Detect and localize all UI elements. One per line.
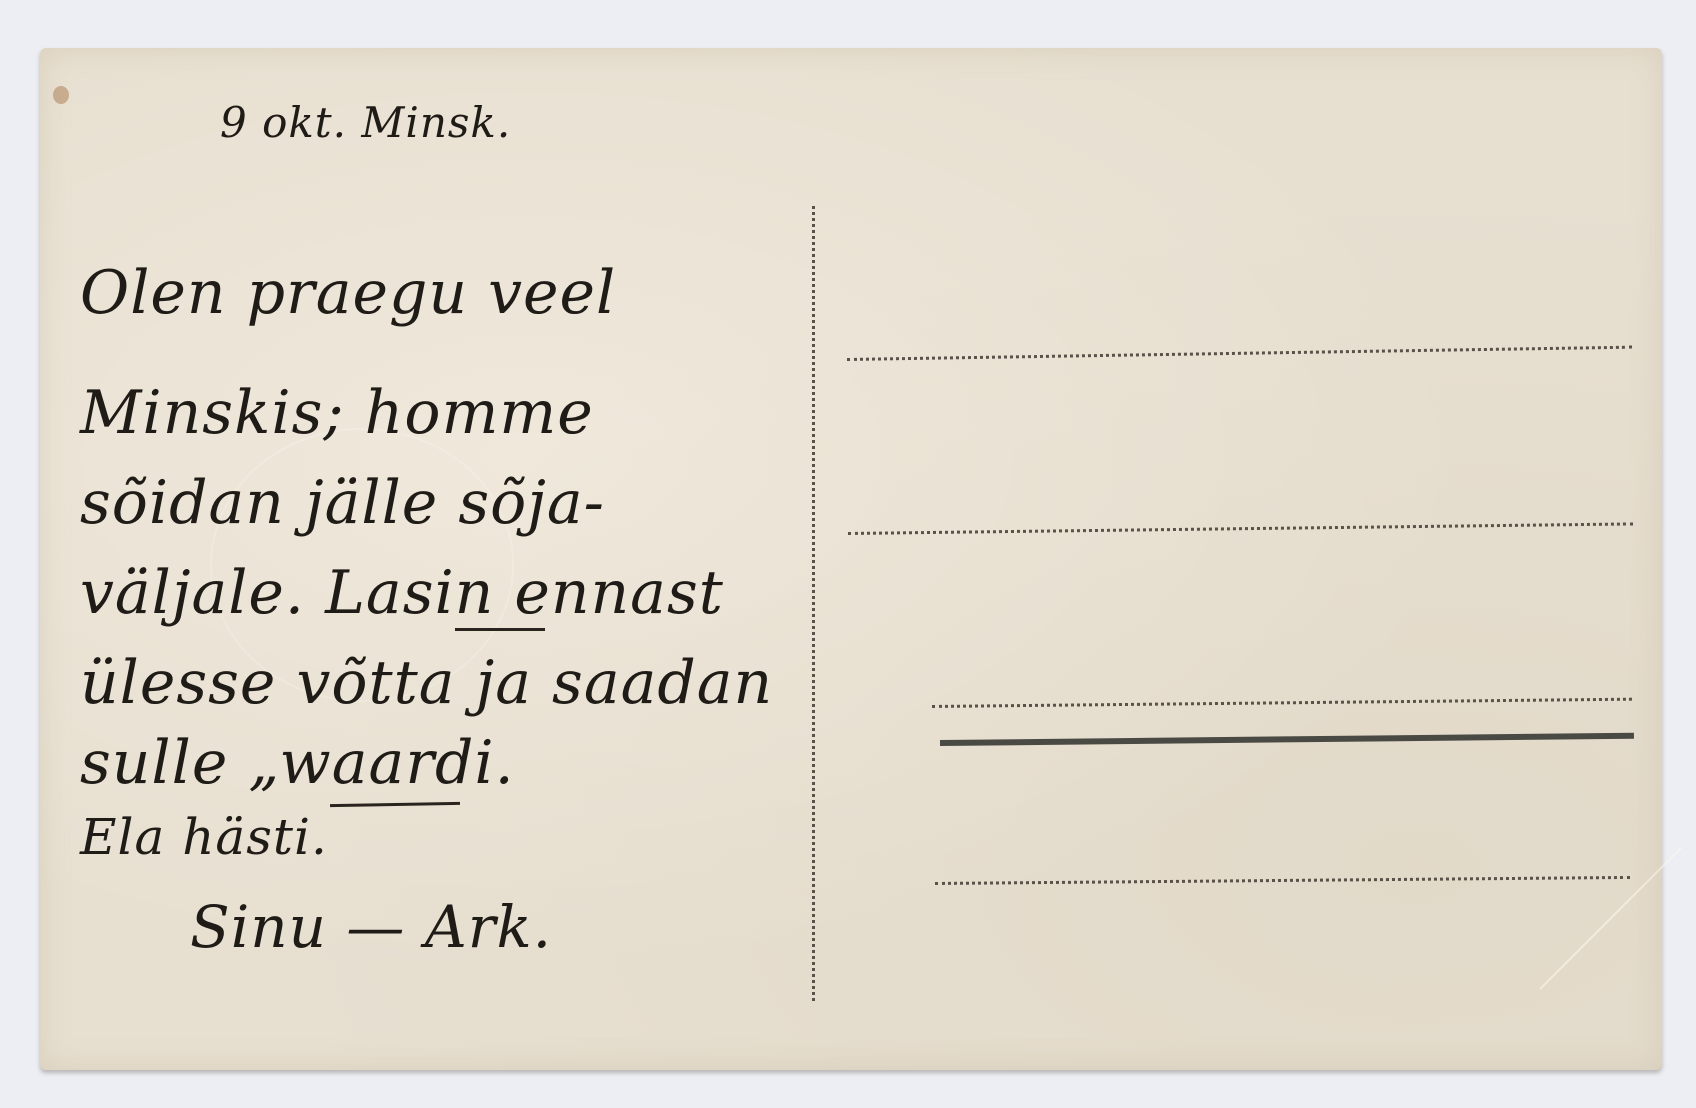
message-line-2: Minskis; homme: [80, 378, 594, 448]
address-line-3: [932, 698, 1632, 708]
signature: Sinu — Ark.: [190, 893, 552, 961]
address-line-2: [848, 522, 1633, 535]
message-line-3: sõidan jälle sõja-: [80, 468, 605, 538]
postcard: 9 okt. Minsk. Olen praegu veel Minskis; …: [40, 48, 1662, 1070]
address-line-1: [847, 346, 1632, 361]
handwritten-underline: [330, 802, 460, 807]
message-line-4: väljale. Lasin ennast: [80, 558, 724, 628]
address-solid-line: [940, 733, 1634, 746]
vertical-dotted-divider: [812, 206, 815, 1001]
message-line-1: Olen praegu veel: [80, 258, 616, 328]
address-line-4: [935, 876, 1630, 885]
ink-stain: [53, 86, 69, 104]
message-line-6: sulle „waardi.: [80, 728, 515, 798]
date-place-heading: 9 okt. Minsk.: [220, 98, 511, 147]
message-line-7: Ela hästi.: [80, 808, 328, 866]
message-line-5: ülesse võtta ja saadan: [80, 648, 773, 718]
handwritten-overline: [455, 628, 545, 631]
paper-crease: [1539, 847, 1682, 990]
